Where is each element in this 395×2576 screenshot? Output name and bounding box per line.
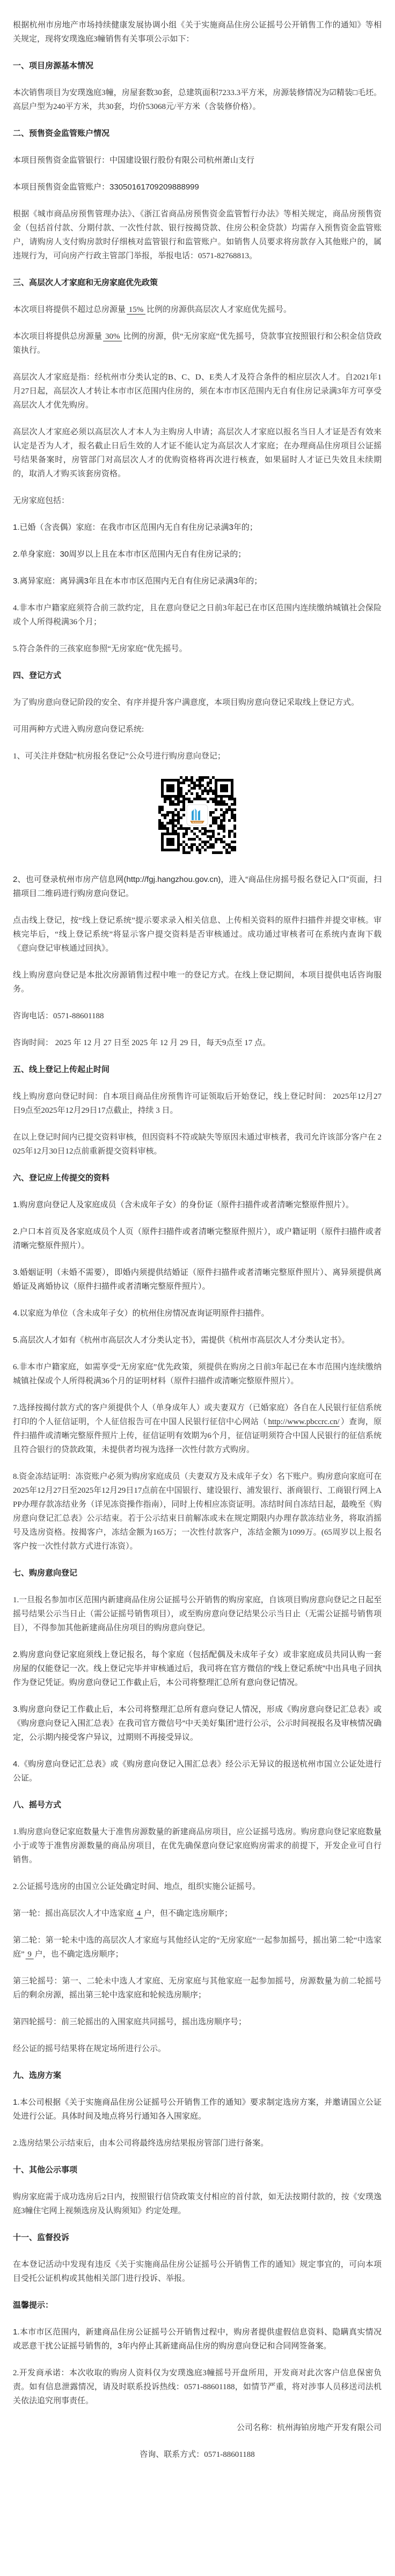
text-segment: 2.公证摇号选房的由国立公证处确定时间、地点，组织实施公证摇号。: [13, 1882, 260, 1891]
text-segment: 为了购房意向登记阶段的安全、有序并提升客户满意度，本项目购房意向登记采取线上登记…: [13, 698, 359, 707]
paragraph: 本项目预售资金监管账户：33050161709209888999: [13, 180, 382, 194]
text-segment: 1.已婚（含丧偶）家庭：在我市市区范围内无自有住房记录满3年的；: [13, 523, 258, 532]
section-heading: 七、购房意向登记: [13, 1566, 382, 1580]
paragraph: 购房家庭需于成功选房后2日内，按照银行信贷政策支付相应的首付款，如无法按期付款的…: [13, 2190, 382, 2218]
text-segment: 购房家庭需于成功选房后2日内，按照银行信贷政策支付相应的首付款，如无法按期付款的…: [13, 2193, 382, 2215]
paragraph: 6.非本市户籍家庭，如需享受“无房家庭”优先政策，须提供在购房之日前3年起已在本…: [13, 1360, 382, 1388]
paragraph: 3.婚姻证明（未婚不需要），即婚内须提供结婚证（原件扫描件或者清晰完整原件照片）…: [13, 1266, 382, 1294]
text-segment: 三、高层次人才家庭和无房家庭优先政策: [13, 278, 158, 287]
text-segment: 二、预售资金监管账户情况: [13, 129, 109, 138]
text-segment: 5.符合条件的三孩家庭参照“无房家庭”优先摇号。: [13, 645, 187, 653]
paragraph: 7.选择按揭付款方式的客户须提供个人（单身成年人）或夫妻双方（已婚家庭）各自在人…: [13, 1401, 382, 1457]
paragraph: 2.户口本首页及各家庭成员个人页（原件扫描件或者清晰完整原件照片），或户籍证明（…: [13, 1225, 382, 1253]
text-segment: 第三轮摇号：第一、二轮未中选人才家庭、无房家庭与其他家庭一起参加摇号，房源数量为…: [13, 1977, 382, 1999]
section-heading: 二、预售资金监管账户情况: [13, 127, 382, 141]
paragraph: 1、可关注并登陆“杭房报名登记”公众号进行购房意向登记；: [13, 749, 382, 763]
text-segment: 在以上登记时间内已提交资料审核，但因资料不符或缺失等原因未通过审核者，我司允许该…: [13, 1133, 382, 1156]
text-segment: 本次项目将提供不超过总房源量: [13, 305, 126, 314]
section-heading: 一、项目房源基本情况: [13, 59, 382, 73]
text-segment: 1.购房意向登记人及家庭成员（含未成年子女）的身份证（原件扫描件或者清晰完整原件…: [13, 1200, 354, 1209]
section-heading: 温馨提示：: [13, 2298, 382, 2312]
paragraph: 5.高层次人才如有《杭州市高层次人才分类认定书》，需提供《杭州市高层次人才分类认…: [13, 1333, 382, 1347]
paragraph: 根据《城市商品房预售管理办法》、《浙江省商品房预售资金监管暂行办法》等相关规定，…: [13, 207, 382, 263]
text-segment: 根据杭州市房地产市场持续健康发展协调小组《关于实施商品住房公证摇号公开销售工作的…: [13, 21, 382, 43]
paragraph: 第一轮：摇出高层次人才中选家庭 4 户，但不确定选房顺序；: [13, 1907, 382, 1921]
text-segment: 咨询、联系方式：0571-88601188: [140, 2450, 254, 2459]
text-segment: 十、其他公示事项: [13, 2165, 77, 2174]
paragraph: 2.购房意向登记家庭须线上登记报名，每个家庭（包括配偶及未成年子女）或非家庭成员…: [13, 1648, 382, 1690]
text-segment: 2.购房意向登记家庭须线上登记报名，每个家庭（包括配偶及未成年子女）或非家庭成员…: [13, 1650, 382, 1687]
text-segment: 3.购房意向登记工作截止后，本公司将整理汇总所有意向登记人情况，形成《购房意向登…: [13, 1705, 382, 1742]
qr-center-logo: [187, 805, 208, 826]
paragraph: 咨询时间： 2025 年 12 月 27 日至 2025 年 12 月 29 日…: [13, 1036, 382, 1050]
qr-code-block: [13, 776, 382, 857]
paragraph: 经公证的摇号结果将在规定场所进行公示。: [13, 2042, 382, 2056]
text-segment: 无房家庭包括：: [13, 497, 69, 505]
text-segment: 户，也不确定选房顺序；: [35, 1950, 123, 1959]
paragraph: 2.开发商承诺：本次收取的购房人资料仅为安璞逸庭3幢摇号开盘所用，开发商对此次客…: [13, 2366, 382, 2408]
text-segment: 1、可关注并登陆“杭房报名登记”公众号进行购房意向登记；: [13, 752, 225, 761]
paragraph: 1.一旦报名参加市区范围内新建商品住房公证摇号公开销售的购房家庭，自该项目购房意…: [13, 1593, 382, 1635]
paragraph: 2.单身家庭：30周岁以上且在本市市区范围内无自有住房记录的；: [13, 548, 382, 561]
section-heading: 五、线上登记上传起止时间: [13, 1063, 382, 1077]
section-heading: 六、登记应上传提交的资料: [13, 1171, 382, 1185]
paragraph: 本次销售项目为安璞逸庭3幢，房屋套数30套，总建筑面积7233.3平方米，房源装…: [13, 86, 382, 114]
paragraph: 1.已婚（含丧偶）家庭：在我市市区范围内无自有住房记录满3年的；: [13, 521, 382, 535]
paragraph: 3.离异家庭：离异满3年且在本市市区范围内无自有住房记录满3年的；: [13, 574, 382, 588]
paragraph: 2.公证摇号选房的由国立公证处确定时间、地点，组织实施公证摇号。: [13, 1880, 382, 1894]
text-segment: 五、线上登记上传起止时间: [13, 1065, 109, 1074]
text-segment: 七、购房意向登记: [13, 1568, 77, 1578]
text-segment: 2.开发商承诺：本次收取的购房人资料仅为安璞逸庭3幢摇号开盘所用，开发商对此次客…: [13, 2369, 382, 2405]
paragraph: 本次项目将提供总房源量 30% 比例的房源，供“无房家庭”优先摇号，贷款事宜按照…: [13, 330, 382, 357]
text-segment: 1.购房意向登记家庭数量大于准售房源数量的新建商品房项目，应公证摇号选房。购房意…: [13, 1828, 382, 1864]
text-segment: 本次销售项目为安璞逸庭3幢，房屋套数30套，总建筑面积7233.3平方米，房源装…: [13, 89, 382, 111]
text-segment: 4.《购房意向登记汇总表》或《购房意向登记入围汇总表》经公示无异议的报送杭州市国…: [13, 1760, 382, 1783]
text-segment: 咨询电话：0571-88601188: [13, 1012, 104, 1020]
text-segment: 比例的房源供高层次人才家庭优先摇号。: [147, 305, 291, 314]
paragraph: 5.符合条件的三孩家庭参照“无房家庭”优先摇号。: [13, 642, 382, 656]
section-heading: 十、其他公示事项: [13, 2163, 382, 2177]
text-segment: 1.本市市区范围内，新建商品住房公证摇号公开销售过程中，购房者提供虚假信息资料、…: [13, 2327, 382, 2351]
text-segment: 2.户口本首页及各家庭成员个人页（原件扫描件或者清晰完整原件照片），或户籍证明（…: [13, 1227, 382, 1250]
paragraph: 高层次人才家庭是指：经杭州市分类认定的B、C、D、E类人才及符合条件的相应层次人…: [13, 370, 382, 412]
underlined-value: 15%: [126, 305, 147, 314]
paragraph: 1.本公司根据《关于实施商品住房公证摇号公开销售工作的通知》要求制定选房方案，并…: [13, 2096, 382, 2123]
text-segment: 2.选房结果公示结束后，由本公司将最终选房结果报房管部门进行备案。: [13, 2139, 268, 2148]
text-segment: 四、登记方式: [13, 671, 61, 680]
underlined-value: 9: [25, 1950, 35, 1959]
text-segment: 第四轮摇号：前三轮摇出的入围家庭共同摇号，摇出选房顺序号；: [13, 2018, 246, 2026]
link-text[interactable]: http://www.pbccrc.cn/: [267, 1418, 340, 1426]
text-segment: 高层次人才家庭必须以高层次人才本人为主购房人申请；高层次人才家庭以报名当日人才证…: [13, 428, 382, 478]
text-segment: 8.资金冻结证明：冻资账户必须为购房家庭成员（夫妻双方及未成年子女）名下账户。购…: [13, 1472, 382, 1551]
paragraph: 第四轮摇号：前三轮摇出的入围家庭共同摇号，摇出选房顺序号；: [13, 2015, 382, 2029]
text-segment: 2.单身家庭：30周岁以上且在本市市区范围内无自有住房记录的；: [13, 550, 246, 559]
text-segment: 十一、监督投诉: [13, 2233, 69, 2242]
paragraph: 咨询电话：0571-88601188: [13, 1009, 382, 1023]
text-segment: 点击线上登记，按“线上登记系统”提示要求录入相关信息、上传相关资料的原件扫描件并…: [13, 916, 382, 953]
text-segment: 1.本公司根据《关于实施商品住房公证摇号公开销售工作的通知》要求制定选房方案，并…: [13, 2098, 382, 2121]
text-segment: 九、选房方案: [13, 2071, 61, 2080]
section-heading: 八、摇号方式: [13, 1798, 382, 1812]
text-segment: 本项目预售资金监管银行：中国建设银行股份有限公司杭州萧山支行: [13, 156, 254, 165]
paragraph: 3.购房意向登记工作截止后，本公司将整理汇总所有意向登记人情况，形成《购房意向登…: [13, 1703, 382, 1745]
section-heading: 四、登记方式: [13, 669, 382, 683]
contact-line: 咨询、联系方式：0571-88601188: [13, 2448, 382, 2462]
registration-qr-code: [158, 776, 236, 854]
paragraph: 点击线上登记，按“线上登记系统”提示要求录入相关信息、上传相关资料的原件扫描件并…: [13, 914, 382, 955]
underlined-value: 30%: [102, 332, 123, 341]
section-heading: 九、选房方案: [13, 2069, 382, 2083]
paragraph: 8.资金冻结证明：冻资账户必须为购房家庭成员（夫妻双方及未成年子女）名下账户。购…: [13, 1470, 382, 1553]
text-segment: 一、项目房源基本情况: [13, 61, 93, 70]
paragraph: 无房家庭包括：: [13, 494, 382, 508]
section-heading: 十一、监督投诉: [13, 2231, 382, 2245]
paragraph: 线上购房意向登记是本批次房源销售过程中唯一的登记方式。在线上登记期间，本项目提供…: [13, 968, 382, 996]
paragraph: 2、也可登录杭州市房产信息网(http://fgj.hangzhou.gov.c…: [13, 873, 382, 901]
text-segment: 6.非本市户籍家庭，如需享受“无房家庭”优先政策，须提供在购房之日前3年起已在本…: [13, 1363, 382, 1385]
text-segment: 5.高层次人才如有《杭州市高层次人才分类认定书》，需提供《杭州市高层次人才分类认…: [13, 1336, 350, 1345]
text-segment: 咨询时间： 2025 年 12 月 27 日至 2025 年 12 月 29 日…: [13, 1039, 270, 1047]
paragraph: 4.《购房意向登记汇总表》或《购房意向登记入围汇总表》经公示无异议的报送杭州市国…: [13, 1757, 382, 1785]
text-segment: 1.一旦报名参加市区范围内新建商品住房公证摇号公开销售的购房家庭，自该项目购房意…: [13, 1596, 382, 1632]
text-segment: 3.离异家庭：离异满3年且在本市市区范围内无自有住房记录满3年的；: [13, 577, 262, 586]
text-segment: 本项目预售资金监管账户：33050161709209888999: [13, 183, 199, 192]
text-segment: 八、摇号方式: [13, 1800, 61, 1809]
paragraph: 本项目预售资金监管银行：中国建设银行股份有限公司杭州萧山支行: [13, 154, 382, 167]
paragraph: 为了购房意向登记阶段的安全、有序并提升客户满意度，本项目购房意向登记采取线上登记…: [13, 696, 382, 710]
text-segment: 线上购房意向登记是本批次房源销售过程中唯一的登记方式。在线上登记期间，本项目提供…: [13, 971, 382, 994]
text-segment: 4.以家庭为单位（含未成年子女）的杭州住房情况查询证明原件扫描件。: [13, 1309, 269, 1318]
paragraph: 本次项目将提供不超过总房源量 15% 比例的房源供高层次人才家庭优先摇号。: [13, 303, 382, 317]
paragraph: 1.购房意向登记人及家庭成员（含未成年子女）的身份证（原件扫描件或者清晰完整原件…: [13, 1198, 382, 1212]
text-segment: 本次项目将提供总房源量: [13, 332, 102, 341]
text-segment: 根据《城市商品房预售管理办法》、《浙江省商品房预售资金监管暂行办法》等相关规定，…: [13, 210, 382, 260]
paragraph: 4.非本市户籍家庭须符合前三款约定，且在意向登记之日前3年起已在市区范围内连续缴…: [13, 601, 382, 629]
paragraph: 可用两种方式进入购房意向登记系统:: [13, 723, 382, 736]
paragraph: 在以上登记时间内已提交资料审核，但因资料不符或缺失等原因未通过审核者，我司允许该…: [13, 1130, 382, 1158]
text-segment: 经公证的摇号结果将在规定场所进行公示。: [13, 2045, 166, 2053]
text-segment: 4.非本市户籍家庭须符合前三款约定，且在意向登记之日前3年起已在市区范围内连续缴…: [13, 604, 382, 626]
section-heading: 三、高层次人才家庭和无房家庭优先政策: [13, 276, 382, 290]
text-segment: 温馨提示：: [13, 2301, 53, 2310]
company-name: 公司名称：杭州海铂房地产开发有限公司: [13, 2421, 382, 2435]
text-segment: 3.婚姻证明（未婚不需要），即婚内须提供结婚证（原件扫描件或者清晰完整原件照片）…: [13, 1268, 382, 1291]
text-segment: 高层次人才家庭是指：经杭州市分类认定的B、C、D、E类人才及符合条件的相应层次人…: [13, 373, 382, 410]
paragraph: 2.选房结果公示结束后，由本公司将最终选房结果报房管部门进行备案。: [13, 2136, 382, 2150]
paragraph: 4.以家庭为单位（含未成年子女）的杭州住房情况查询证明原件扫描件。: [13, 1307, 382, 1320]
text-segment: 线上购房意向登记时间：自本项目商品住房预售许可证领取后开始登记，线上登记时间： …: [13, 1092, 382, 1115]
text-segment: 2、也可登录杭州市房产信息网(http://fgj.hangzhou.gov.c…: [13, 875, 382, 898]
text-segment: 六、登记应上传提交的资料: [13, 1173, 109, 1183]
paragraph: 线上购房意向登记时间：自本项目商品住房预售许可证领取后开始登记，线上登记时间： …: [13, 1090, 382, 1118]
text-segment: 户，但不确定选房顺序；: [144, 1909, 232, 1918]
paragraph: 第三轮摇号：第一、二轮未中选人才家庭、无房家庭与其他家庭一起参加摇号，房源数量为…: [13, 1974, 382, 2002]
paragraph: 1.本市市区范围内，新建商品住房公证摇号公开销售过程中，购房者提供虚假信息资料、…: [13, 2325, 382, 2353]
paragraph: 高层次人才家庭必须以高层次人才本人为主购房人申请；高层次人才家庭以报名当日人才证…: [13, 425, 382, 481]
text-segment: 第一轮：摇出高层次人才中选家庭: [13, 1909, 134, 1918]
paragraph: 在本登记活动中发现有违反《关于实施商品住房公证摇号公开销售工作的通知》规定事宜的…: [13, 2258, 382, 2286]
paragraph: 第二轮：第一轮未中选的高层次人才家庭与其他经认定的“无房家庭”一起参加摇号，摇出…: [13, 1933, 382, 1961]
underlined-value: 4: [134, 1909, 144, 1918]
text-segment: 可用两种方式进入购房意向登记系统:: [13, 725, 144, 734]
text-segment: 在本登记活动中发现有违反《关于实施商品住房公证摇号公开销售工作的通知》规定事宜的…: [13, 2260, 382, 2283]
paragraph: 根据杭州市房地产市场持续健康发展协调小组《关于实施商品住房公证摇号公开销售工作的…: [13, 18, 382, 46]
text-segment: 公司名称：杭州海铂房地产开发有限公司: [237, 2424, 382, 2432]
sales-notice-document: 根据杭州市房地产市场持续健康发展协调小组《关于实施商品住房公证摇号公开销售工作的…: [0, 0, 395, 2489]
paragraph: 1.购房意向登记家庭数量大于准售房源数量的新建商品房项目，应公证摇号选房。购房意…: [13, 1825, 382, 1867]
